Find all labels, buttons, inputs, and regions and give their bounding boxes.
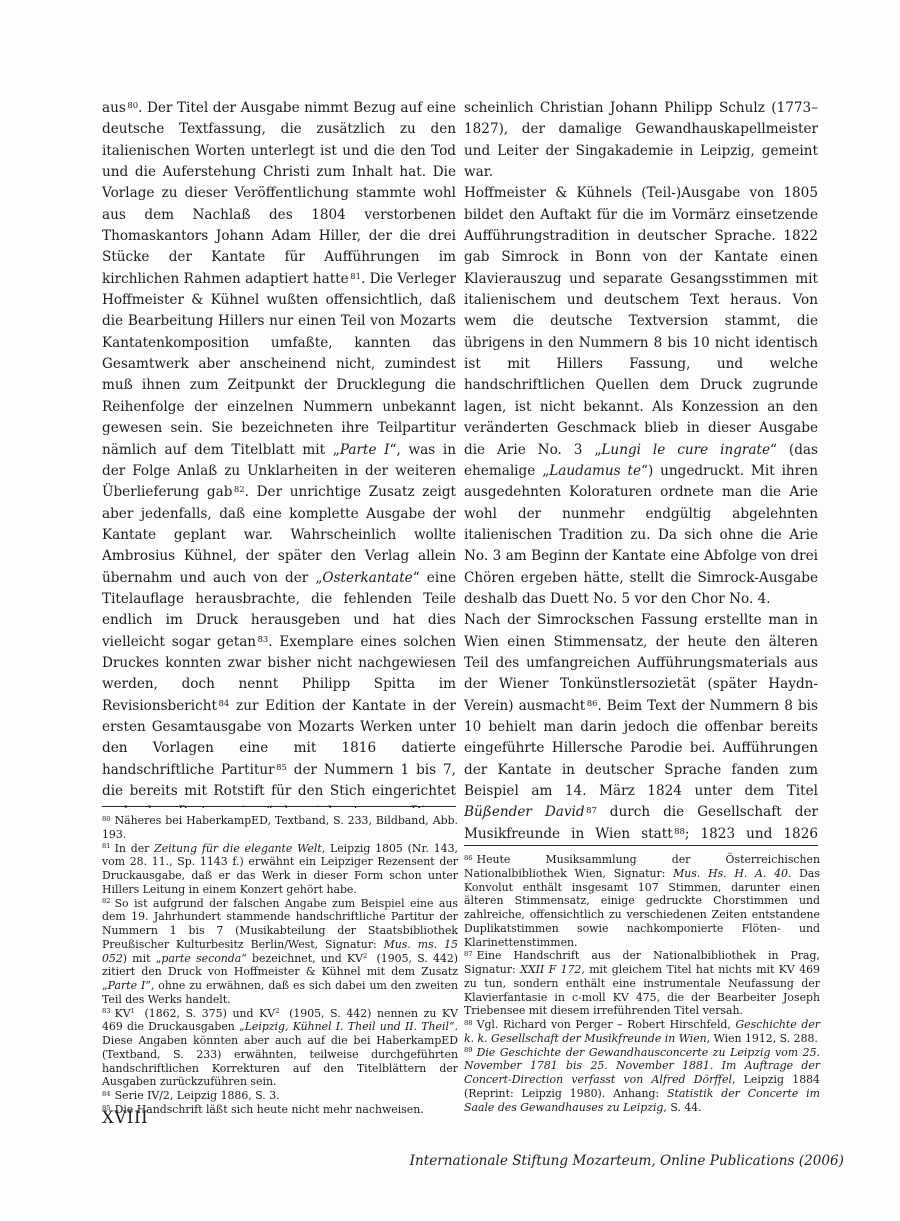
publisher-credit: Internationale Stiftung Mozarteum, Onlin… [410, 1153, 844, 1169]
text-run: . Die Verleger Hoffmeister & Kühnel wußt… [102, 271, 456, 458]
footnote-number: 86 [464, 854, 473, 862]
italic-text: Osterkantate [322, 570, 412, 586]
footnote-marker: 81 [350, 271, 361, 281]
italic-text: XXII F 172 [520, 963, 581, 976]
footnote-number: 81 [102, 842, 111, 850]
footnote-number: 89 [464, 1046, 473, 1054]
text-run: scheinlich Christian Johann Philipp Schu… [464, 100, 818, 180]
footnote-marker: 85 [276, 762, 287, 772]
text-run: . Der Titel der Ausgabe nimmt Bezug auf … [102, 100, 456, 287]
footnote-marker: 86 [587, 698, 598, 708]
footnote-separator-right [464, 845, 818, 846]
text-run: , Wien 1912, S. 288. [707, 1032, 818, 1045]
italic-text: parte seconda [161, 952, 241, 965]
italic-text: Laudamus te [549, 463, 641, 479]
text-run: , S. 44. [663, 1101, 701, 1114]
footnote-number: 82 [102, 897, 111, 905]
text-run: Vgl. Richard von Perger – Robert Hirschf… [477, 1018, 736, 1031]
text-run: “ bezeichnet, und KV [241, 952, 363, 965]
footnote-marker: 2 [363, 952, 367, 960]
text-run: aus [102, 100, 126, 116]
footnote: 80Näheres bei HaberkampED, Textband, S. … [102, 814, 458, 842]
italic-text: Parte I [340, 442, 390, 458]
footnote-marker: 84 [218, 698, 229, 708]
footnote: 83KV1 (1862, S. 375) und KV2 (1905, S. 4… [102, 1007, 458, 1090]
footnotes-left-column: 80Näheres bei HaberkampED, Textband, S. … [102, 814, 458, 1117]
paragraph: scheinlich Christian Johann Philipp Schu… [464, 98, 818, 183]
italic-text: Mus. Hs. H. A. 40 [673, 867, 788, 880]
footnote-marker: 82 [234, 484, 245, 494]
footnote-marker: 83 [258, 634, 269, 644]
footnote: 87Eine Handschrift aus der Nationalbibli… [464, 949, 820, 1018]
footnote-number: 84 [102, 1090, 111, 1098]
footnote-number: 87 [464, 950, 473, 958]
paragraph: aus80. Der Titel der Ausgabe nimmt Bezug… [102, 98, 456, 808]
text-run: In der [115, 842, 155, 855]
italic-text: Zeitung für die elegante Welt [154, 842, 322, 855]
footnote-number: 88 [464, 1019, 473, 1027]
text-run: ) mit „ [123, 952, 162, 965]
page: aus80. Der Titel der Ausgabe nimmt Bezug… [0, 0, 900, 1221]
paragraph: Nach der Simrockschen Fassung erstellte … [464, 610, 818, 847]
main-text-right-column: scheinlich Christian Johann Philipp Schu… [464, 98, 818, 847]
footnote-marker: 2 [275, 1007, 279, 1015]
footnotes-right-column: 86Heute Musiksammlung der Österreichisch… [464, 853, 820, 1114]
text-run: KV [115, 1007, 131, 1020]
footnote: 81In der Zeitung für die elegante Welt, … [102, 842, 458, 897]
scanned-document-page: { "colors": { "paper": "#fdfdfc", "ink":… [0, 0, 900, 1221]
footnote-number: 83 [102, 1007, 111, 1015]
text-run: “) ungedruckt. Mit ihren ausgedehnten Ko… [464, 463, 818, 607]
footnote-marker: 87 [586, 805, 597, 815]
text-run: Näheres bei HaberkampED, Textband, S. 23… [102, 814, 458, 841]
footnote-marker: 80 [127, 100, 138, 110]
page-number: XVIII [102, 1108, 148, 1127]
footnote-marker: 88 [674, 826, 685, 836]
italic-text: Leipzig, Kühnel I. Theil und II. Theil [245, 1020, 449, 1033]
text-run: “, ohne zu erwähnen, daß es sich dabei u… [102, 979, 458, 1006]
paragraph: Hoffmeister & Kühnels (Teil-)Ausgabe von… [464, 183, 818, 610]
main-text-left-column: aus80. Der Titel der Ausgabe nimmt Bezug… [102, 98, 456, 808]
text-run: Hoffmeister & Kühnels (Teil-)Ausgabe von… [464, 185, 818, 457]
footnote: 88Vgl. Richard von Perger – Robert Hirsc… [464, 1018, 820, 1046]
italic-text: Lungi le cure ingrate [601, 442, 770, 458]
footnote: 86Heute Musiksammlung der Österreichisch… [464, 853, 820, 949]
text-run: Die Handschrift läßt sich heute nicht me… [115, 1103, 424, 1116]
footnote: 84Serie IV/2, Leipzig 1886, S. 3. [102, 1089, 458, 1103]
footnote: 82So ist aufgrund der falschen Angabe zu… [102, 897, 458, 1007]
footnote: 85Die Handschrift läßt sich heute nicht … [102, 1103, 458, 1117]
text-run: Serie IV/2, Leipzig 1886, S. 3. [115, 1089, 280, 1102]
footnote: 89Die Geschichte der Gewandhausconcerte … [464, 1046, 820, 1115]
italic-text: Büßender David [464, 804, 585, 820]
footnote-separator-left [102, 806, 456, 807]
italic-text: Parte I [108, 979, 146, 992]
text-run: (1862, S. 375) und KV [139, 1007, 275, 1020]
footnote-marker: 1 [131, 1007, 135, 1015]
footnote-number: 80 [102, 815, 111, 823]
